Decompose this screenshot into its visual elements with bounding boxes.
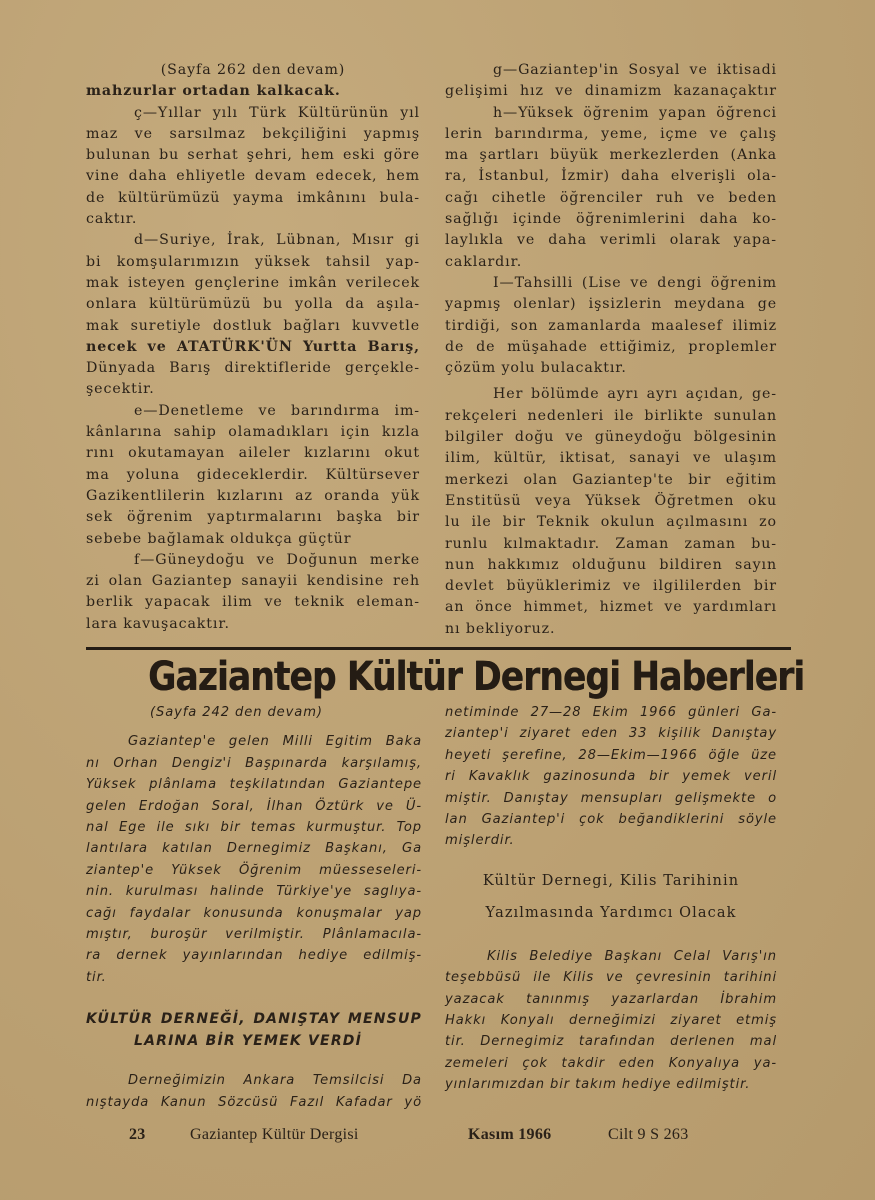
text-line: yapmış olenlar) işsizlerin meydana ge	[445, 294, 777, 315]
text-line: berlik yapacak ilim ve teknik eleman-	[86, 592, 420, 613]
text-line: gelen Erdoğan Soral, İlhan Öztürk ve Ü-	[86, 796, 422, 817]
text-line: I—Tahsilli (Lise ve dengi öğrenim	[445, 273, 777, 294]
text-line: ç—Yıllar yılı Türk Kültürünün yıl	[86, 103, 420, 124]
text-line: laylıkla ve daha verimli olarak yapa-	[445, 230, 777, 251]
text-line: bilgiler doğu ve güneydoğu bölgesinin	[445, 427, 777, 448]
text-line: Kilis Belediye Başkanı Celal Varış'ın	[445, 946, 777, 967]
text-line: lerin barındırma, yeme, içme ve çalış	[445, 124, 777, 145]
text-line: caktır.	[86, 209, 420, 230]
text-line: ziantep'e Yüksek Öğrenim müesseseleri-	[86, 860, 422, 881]
text-line: Gazikentlilerin kızlarını az oranda yük	[86, 486, 420, 507]
news-subheading: LARINA BİR YEMEK VERDİ	[86, 1030, 422, 1052]
text-line: merkezi olan Gaziantep'te bir eğitim	[445, 470, 777, 491]
text-line: onlara kültürümüzü bu yolla da aşıla-	[86, 294, 420, 315]
text-line: netiminde 27—28 Ekim 1966 günleri Ga-	[445, 702, 777, 723]
text-line: yınlarımızdan bir takım hediye edilmişti…	[445, 1074, 777, 1095]
text-line: h—Yüksek öğrenim yapan öğrenci	[445, 103, 777, 124]
text-line: ziantep'i ziyaret eden 33 kişilik Danışt…	[445, 723, 777, 744]
text-line: an önce himmet, hizmet ve yardımları	[445, 597, 777, 618]
text-line: lu ile bir Teknik okulun açılmasını zo	[445, 512, 777, 533]
text-line: vine daha ehliyetle devam edecek, hem	[86, 166, 420, 187]
text-line: zemeleri çok takdir eden Konyalıya ya-	[445, 1053, 777, 1074]
text-line: Enstitüsü veya Yüksek Öğretmen oku	[445, 491, 777, 512]
magazine-title: Gaziantep Kültür Dergisi	[190, 1126, 359, 1144]
text-line: de kültürümüzü yayma imkânını bula-	[86, 188, 420, 209]
text-line: zi olan Gaziantep sanayii kendisine reh	[86, 571, 420, 592]
article-column-left: (Sayfa 262 den devam) mahzurlar ortadan …	[86, 60, 420, 635]
text-line: Her bölümde ayrı ayrı açıdan, ge-	[445, 384, 777, 405]
text-line: nıştayda Kanun Sözcüsü Fazıl Kafadar yö	[86, 1092, 422, 1113]
text-line: devlet büyüklerimiz ve ilgililerden bir	[445, 576, 777, 597]
magazine-page: (Sayfa 262 den devam) mahzurlar ortadan …	[0, 0, 875, 1200]
section-headline: Gaziantep Kültür Dernegi Haberleri	[148, 652, 630, 702]
text-line: Derneğimizin Ankara Temsilcisi Da	[86, 1070, 422, 1091]
text-line: runlu kılmaktadır. Zaman zaman bu-	[445, 534, 777, 555]
text-line: mak suretiyle dostluk bağları kuvvetle	[86, 316, 420, 337]
text-line: rekçeleri nedenleri ile birlikte sunulan	[445, 406, 777, 427]
continued-note: (Sayfa 262 den devam)	[86, 60, 420, 81]
text-line: Gaziantep'e gelen Milli Egitim Baka	[86, 731, 422, 752]
text-line: ilim, kültür, iktisat, sanayi ve ulaşım	[445, 448, 777, 469]
text-line: nun hakkımız olduğunu bildiren sayın	[445, 555, 777, 576]
text-line: f—Güneydoğu ve Doğunun merke	[86, 550, 420, 571]
text-line: e—Denetleme ve barındırma im-	[86, 401, 420, 422]
text-line: ma yoluna gideceklerdir. Kültürsever	[86, 465, 420, 486]
text-line: mişlerdir.	[445, 830, 777, 851]
issue-date: Kasım 1966	[468, 1126, 551, 1144]
volume-info: Cilt 9 S 263	[608, 1126, 689, 1144]
text-line: bi komşularımızın yüksek tahsil yap-	[86, 252, 420, 273]
text-line: Hakkı Konyalı derneğimizi ziyaret etmiş	[445, 1010, 777, 1031]
news-subheading: KÜLTÜR DERNEĞİ, DANIŞTAY MENSUP	[86, 1008, 422, 1030]
page-number: 23	[129, 1126, 146, 1144]
text-line: cağı faydalar konusunda konuşmalar yap	[86, 903, 422, 924]
text-line: bulunan bu serhat şehri, hem eski göre	[86, 145, 420, 166]
text-line: sebebe bağlamak oldukça güçtür	[86, 529, 420, 550]
text-line: cağı cihetle öğrenciler ruh ve beden	[445, 188, 777, 209]
news-subheading: Yazılmasında Yardımcı Olacak	[445, 902, 777, 924]
text-line: nı bekliyoruz.	[445, 619, 777, 640]
text-line: Dünyada Barış direktifleride gerçekle-	[86, 358, 420, 379]
text-line: ra dernek yayınlarından hediye edilmiş-	[86, 945, 422, 966]
text-line: maz ve sarsılmaz bekçiliğini yapmış	[86, 124, 420, 145]
text-line: çözüm yolu bulacaktır.	[445, 358, 777, 379]
text-line: ra, İstanbul, İzmir) daha elverişli ola-	[445, 166, 777, 187]
text-line: gelişimi hız ve dinamizm kazanaçaktır	[445, 81, 777, 102]
text-line: yazacak tanınmış yazarlardan İbrahim	[445, 989, 777, 1010]
text-line: mahzurlar ortadan kalkacak.	[86, 81, 420, 102]
text-line: nin. kurulması halinde Türkiye'ye saglıy…	[86, 881, 422, 902]
text-line: lan Gaziantep'i çok beğandiklerini söyle	[445, 809, 777, 830]
text-line: heyeti şerefine, 28—Ekim—1966 öğle üze	[445, 745, 777, 766]
text-line: tir.	[86, 967, 422, 988]
continued-note: (Sayfa 242 den devam)	[86, 702, 422, 723]
text-line: Yüksek plânlama teşkilatından Gaziantepe	[86, 774, 422, 795]
text-line: mak isteyen gençlerine imkân verilecek	[86, 273, 420, 294]
text-line: nı Orhan Dengiz'i Başpınarda karşılamış,	[86, 753, 422, 774]
news-subheading: Kültür Dernegi, Kilis Tarihinin	[445, 870, 777, 892]
news-column-left: (Sayfa 242 den devam) Gaziantep'e gelen …	[86, 702, 422, 1113]
text-line: lantılara katılan Dernegimiz Başkanı, Ga	[86, 838, 422, 859]
text-line: tir. Dernegimiz tarafından derlenen mal	[445, 1031, 777, 1052]
news-column-right: netiminde 27—28 Ekim 1966 günleri Ga- zi…	[445, 702, 777, 1096]
divider-rule	[330, 647, 791, 650]
text-line: lara kavuşacaktır.	[86, 614, 420, 635]
text-line: nal Ege ile sıkı bir temas kurmuştur. To…	[86, 817, 422, 838]
text-line: d—Suriye, İrak, Lübnan, Mısır gi	[86, 230, 420, 251]
text-line: rını okutamayan aileler kızlarını okut	[86, 443, 420, 464]
page-footer: 23 Gaziantep Kültür Dergisi Kasım 1966 C…	[86, 1126, 806, 1148]
text-line: necek ve ATATÜRK'ÜN Yurtta Barış,	[86, 337, 420, 358]
text-line: de de müşahade ettiğimiz, proplemler	[445, 337, 777, 358]
article-column-right: g—Gaziantep'in Sosyal ve iktisadi gelişi…	[445, 60, 777, 640]
text-line: kânlarına sahip olamadıkları için kızla	[86, 422, 420, 443]
text-line: şecektir.	[86, 379, 420, 400]
text-line: g—Gaziantep'in Sosyal ve iktisadi	[445, 60, 777, 81]
text-line: mıştır, buroşür verilmiştir. Plânlamacıl…	[86, 924, 422, 945]
text-line: sağlığı içinde öğrenimlerini daha ko-	[445, 209, 777, 230]
divider-rule	[86, 647, 331, 650]
text-line: ri Kavaklık gazinosunda bir yemek veril	[445, 766, 777, 787]
text-line: miştir. Danıştay mensupları gelişmekte o	[445, 788, 777, 809]
text-line: sek öğrenim yaptırmalarını başka bir	[86, 507, 420, 528]
text-line: caklardır.	[445, 252, 777, 273]
text-line: ma şartları büyük merkezlerden (Anka	[445, 145, 777, 166]
text-line: tirdiği, son zamanlarda maalesef ilimiz	[445, 316, 777, 337]
text-line: teşebbüsü ile Kilis ve çevresinin tarihi…	[445, 967, 777, 988]
